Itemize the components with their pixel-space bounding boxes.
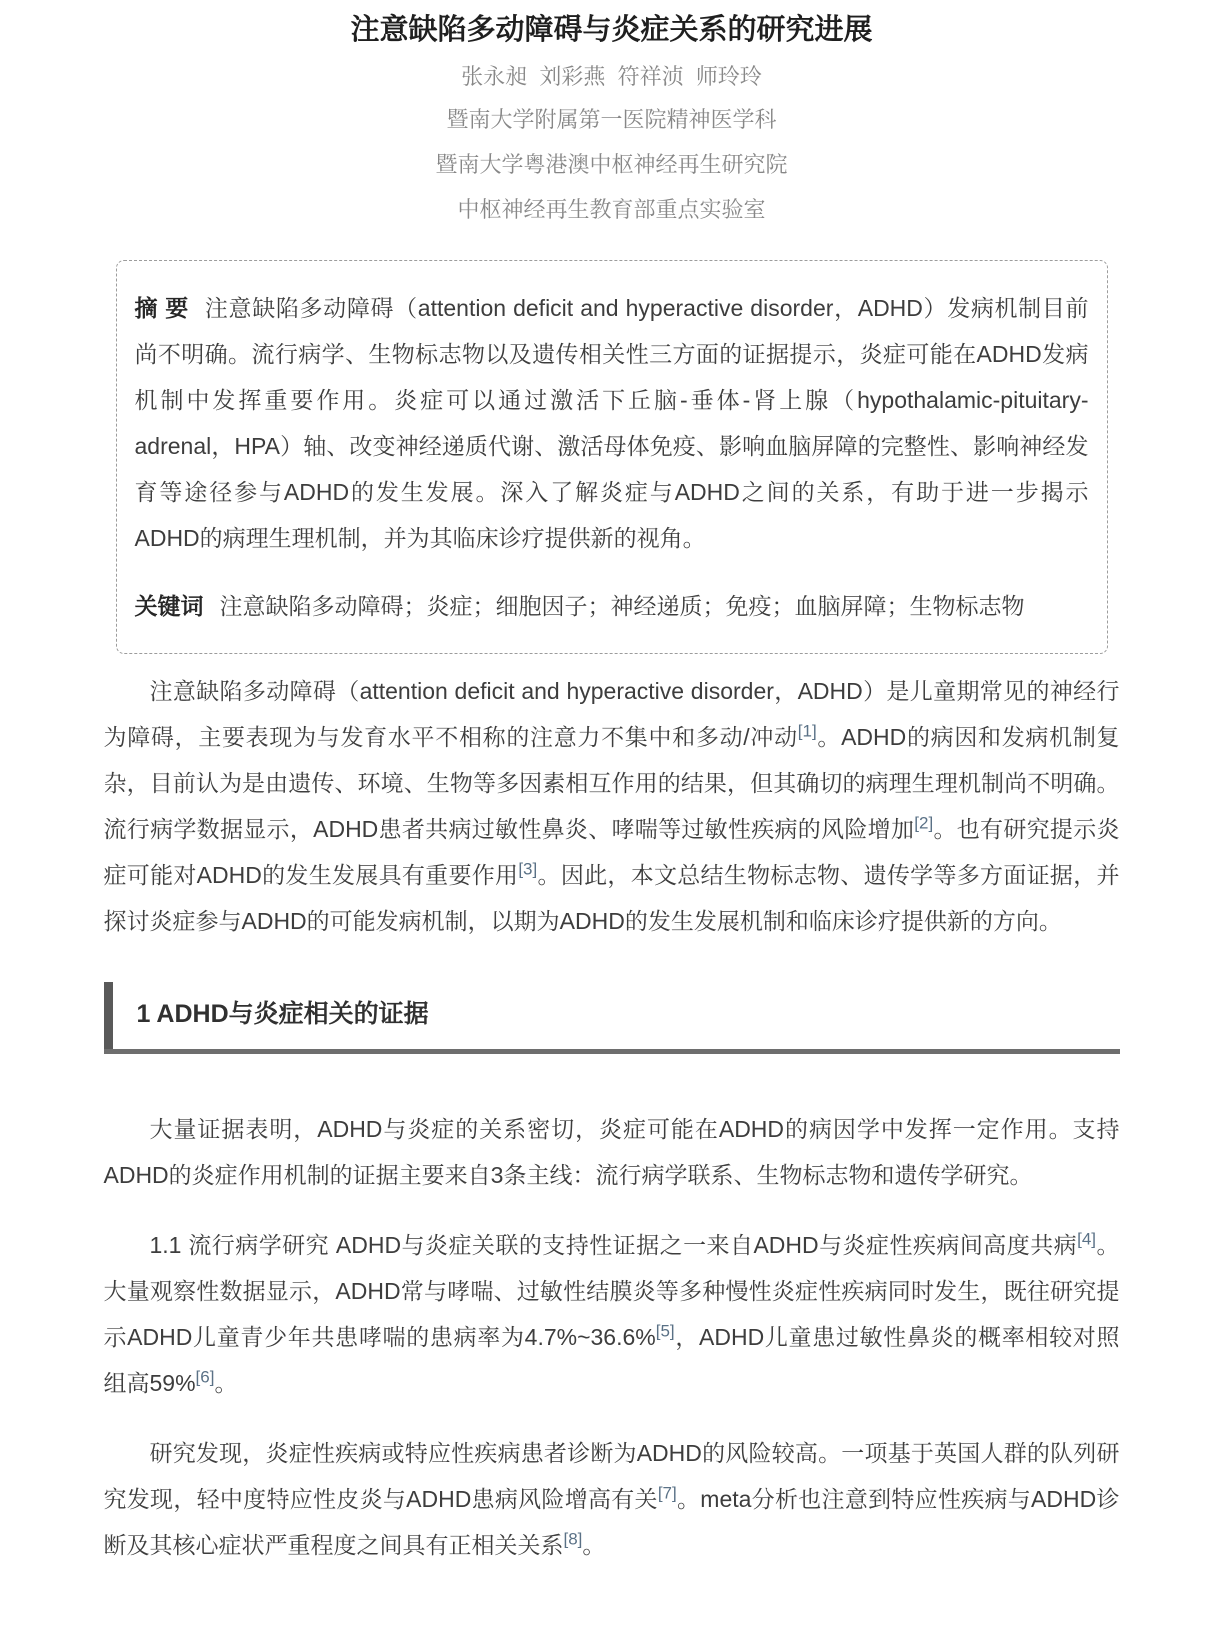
body-paragraph: 大量证据表明，ADHD与炎症的关系密切，炎症可能在ADHD的病因学中发挥一定作用… — [104, 1106, 1120, 1198]
body-paragraph: 1.1 流行病学研究 ADHD与炎症关联的支持性证据之一来自ADHD与炎症性疾病… — [104, 1222, 1120, 1406]
authors-line: 张永昶 刘彩燕 符祥浈 师玲玲 — [104, 60, 1120, 91]
section-heading-block: 1 ADHD与炎症相关的证据 — [104, 982, 1120, 1054]
keywords-text: 注意缺陷多动障碍；炎症；细胞因子；神经递质；免疫；血脑屏障；生物标志物 — [220, 593, 1025, 619]
body-paragraph: 注意缺陷多动障碍（attention deficit and hyperacti… — [104, 668, 1120, 944]
citation-marker: [7] — [658, 1483, 677, 1502]
affiliation-line: 中枢神经再生教育部重点实验室 — [104, 187, 1120, 232]
paragraph-text: 大量证据表明，ADHD与炎症的关系密切，炎症可能在ADHD的病因学中发挥一定作用… — [104, 1116, 1120, 1188]
abstract-box: 摘 要注意缺陷多动障碍（attention deficit and hypera… — [116, 260, 1108, 654]
abstract-label: 摘 要 — [135, 295, 189, 321]
citation-marker: [4] — [1077, 1229, 1096, 1248]
citation-marker: [3] — [518, 860, 537, 879]
citation-marker: [5] — [656, 1321, 675, 1340]
body-paragraph: 研究发现，炎症性疾病或特应性疾病患者诊断为ADHD的风险较高。一项基于英国人群的… — [104, 1430, 1120, 1568]
citation-marker: [2] — [914, 814, 933, 833]
abstract-paragraph: 摘 要注意缺陷多动障碍（attention deficit and hypera… — [135, 285, 1089, 561]
paper-title: 注意缺陷多动障碍与炎症关系的研究进展 — [104, 12, 1120, 48]
paragraph-text: 。 — [582, 1532, 605, 1558]
paragraph-text: 。 — [214, 1370, 237, 1396]
keywords-paragraph: 关键词注意缺陷多动障碍；炎症；细胞因子；神经递质；免疫；血脑屏障；生物标志物 — [135, 583, 1089, 629]
citation-marker: [6] — [196, 1367, 215, 1386]
document-page: 注意缺陷多动障碍与炎症关系的研究进展 张永昶 刘彩燕 符祥浈 师玲玲 暨南大学附… — [104, 0, 1120, 1568]
keywords-label: 关键词 — [135, 593, 204, 619]
citation-marker: [1] — [798, 722, 817, 741]
section-heading: 1 ADHD与炎症相关的证据 — [104, 982, 1120, 1049]
affiliation-line: 暨南大学附属第一医院精神医学科 — [104, 97, 1120, 142]
affiliations: 暨南大学附属第一医院精神医学科暨南大学粤港澳中枢神经再生研究院中枢神经再生教育部… — [104, 97, 1120, 232]
paragraph-text: 1.1 流行病学研究 ADHD与炎症关联的支持性证据之一来自ADHD与炎症性疾病… — [150, 1232, 1078, 1258]
affiliation-line: 暨南大学粤港澳中枢神经再生研究院 — [104, 142, 1120, 187]
abstract-text: 注意缺陷多动障碍（attention deficit and hyperacti… — [135, 295, 1089, 551]
article-body: 注意缺陷多动障碍（attention deficit and hyperacti… — [104, 668, 1120, 1568]
citation-marker: [8] — [564, 1529, 583, 1548]
